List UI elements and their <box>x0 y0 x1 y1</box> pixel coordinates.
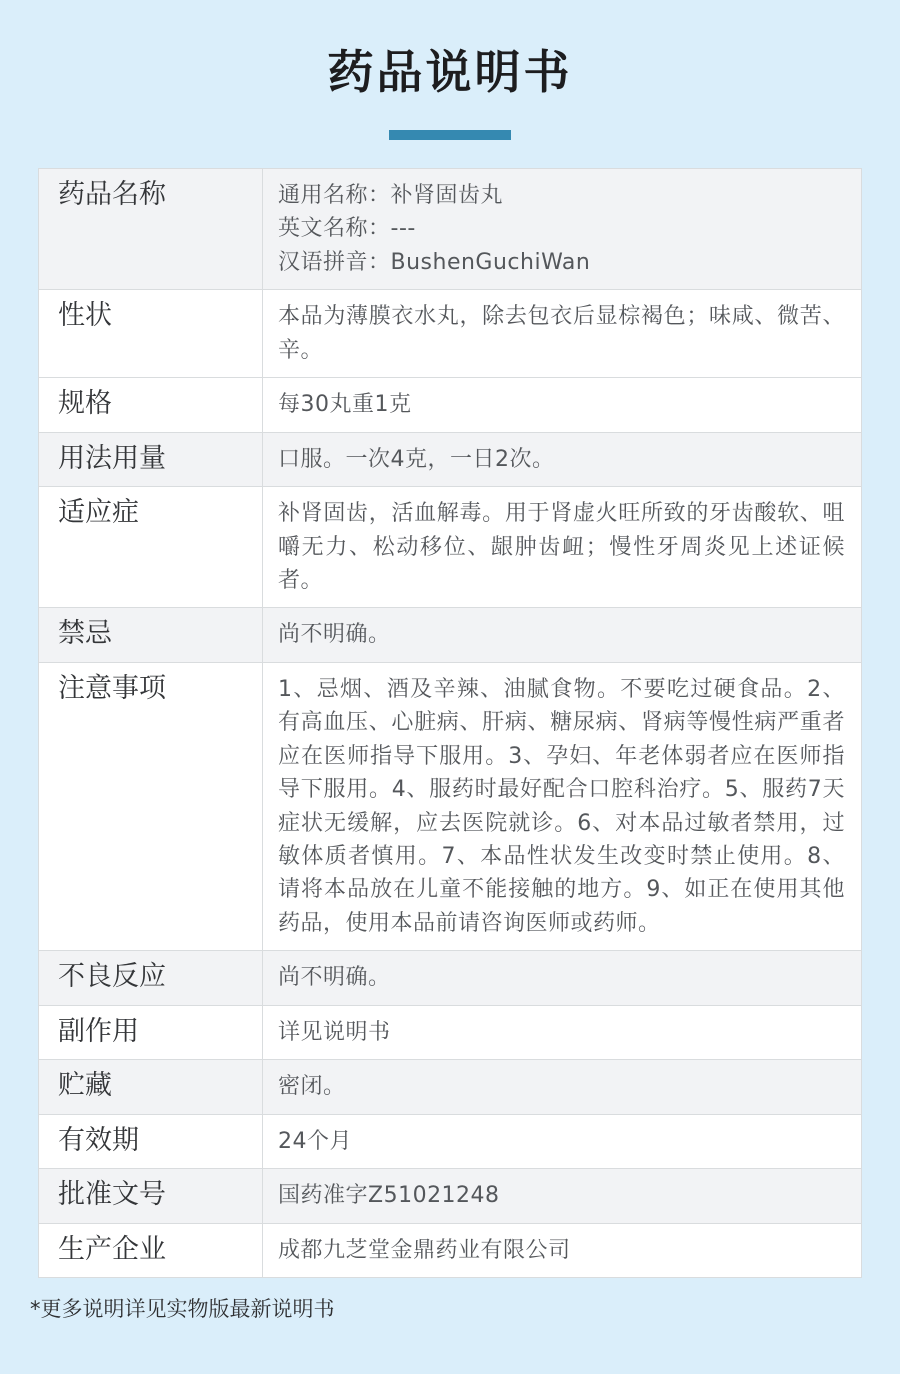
row-value: 密闭。 <box>263 1060 861 1113</box>
row-label: 贮藏 <box>39 1060 263 1113</box>
row-value: 本品为薄膜衣水丸，除去包衣后显棕褐色；味咸、微苦、辛。 <box>263 290 861 377</box>
table-row: 注意事项1、忌烟、酒及辛辣、油腻食物。不要吃过硬食品。2、有高血压、心脏病、肝病… <box>39 663 861 952</box>
row-value: 24个月 <box>263 1115 861 1168</box>
row-value: 口服。一次4克，一日2次。 <box>263 433 861 486</box>
table-row: 有效期24个月 <box>39 1115 861 1169</box>
row-value: 详见说明书 <box>263 1006 861 1059</box>
table-row: 禁忌尚不明确。 <box>39 608 861 662</box>
table-row: 药品名称通用名称：补肾固齿丸 英文名称：--- 汉语拼音：BushenGuchi… <box>39 169 861 290</box>
row-value: 补肾固齿，活血解毒。用于肾虚火旺所致的牙齿酸软、咀嚼无力、松动移位、龈肿齿衄；慢… <box>263 487 861 607</box>
row-value: 国药准字Z51021248 <box>263 1169 861 1222</box>
table-row: 副作用详见说明书 <box>39 1006 861 1060</box>
row-label: 副作用 <box>39 1006 263 1059</box>
footnote: *更多说明详见实物版最新说明书 <box>30 1293 900 1323</box>
row-label: 禁忌 <box>39 608 263 661</box>
row-label: 生产企业 <box>39 1224 263 1277</box>
row-label: 有效期 <box>39 1115 263 1168</box>
row-label: 性状 <box>39 290 263 377</box>
table-row: 适应症补肾固齿，活血解毒。用于肾虚火旺所致的牙齿酸软、咀嚼无力、松动移位、龈肿齿… <box>39 487 861 608</box>
row-label: 用法用量 <box>39 433 263 486</box>
table-row: 不良反应尚不明确。 <box>39 951 861 1005</box>
table-row: 性状本品为薄膜衣水丸，除去包衣后显棕褐色；味咸、微苦、辛。 <box>39 290 861 378</box>
table-row: 用法用量口服。一次4克，一日2次。 <box>39 433 861 487</box>
table-row: 批准文号国药准字Z51021248 <box>39 1169 861 1223</box>
drug-instruction-page: 药品说明书 药品名称通用名称：补肾固齿丸 英文名称：--- 汉语拼音：Bushe… <box>0 0 900 1374</box>
row-label: 适应症 <box>39 487 263 607</box>
title-underline-bar <box>389 130 511 140</box>
row-value: 每30丸重1克 <box>263 378 861 431</box>
row-label: 不良反应 <box>39 951 263 1004</box>
row-label: 批准文号 <box>39 1169 263 1222</box>
row-label: 规格 <box>39 378 263 431</box>
row-value: 成都九芝堂金鼎药业有限公司 <box>263 1224 861 1277</box>
table-row: 生产企业成都九芝堂金鼎药业有限公司 <box>39 1224 861 1277</box>
table-row: 贮藏密闭。 <box>39 1060 861 1114</box>
row-label: 注意事项 <box>39 663 263 951</box>
table-row: 规格每30丸重1克 <box>39 378 861 432</box>
row-label: 药品名称 <box>39 169 263 289</box>
drug-info-table: 药品名称通用名称：补肾固齿丸 英文名称：--- 汉语拼音：BushenGuchi… <box>38 168 862 1278</box>
row-value: 通用名称：补肾固齿丸 英文名称：--- 汉语拼音：BushenGuchiWan <box>263 169 861 289</box>
row-value: 尚不明确。 <box>263 951 861 1004</box>
page-title: 药品说明书 <box>0 0 900 102</box>
row-value: 尚不明确。 <box>263 608 861 661</box>
row-value: 1、忌烟、酒及辛辣、油腻食物。不要吃过硬食品。2、有高血压、心脏病、肝病、糖尿病… <box>263 663 861 951</box>
